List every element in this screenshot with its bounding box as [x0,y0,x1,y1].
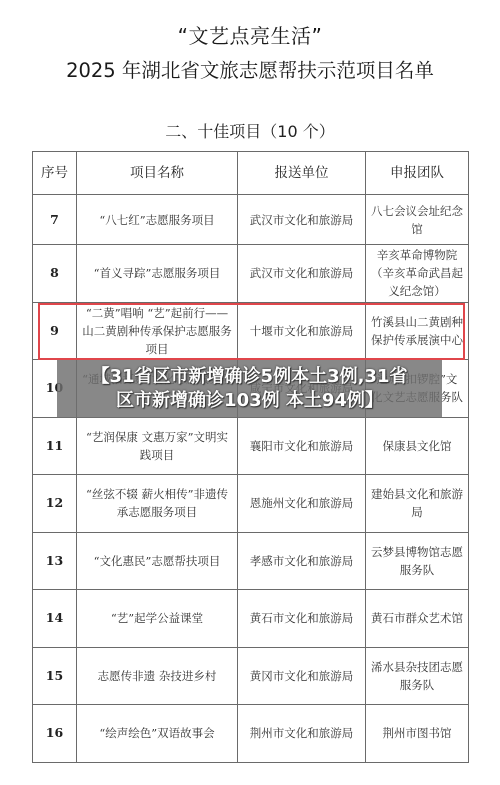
row-unit: 黄冈市文化和旅游局 [238,647,366,705]
row-project: 志愿传非遗 杂技进乡村 [77,647,238,705]
row-number: 16 [33,705,77,763]
banner-line-1: 【31省区市新增确诊5例本土3例,31省 [92,365,408,389]
header-number: 序号 [33,152,77,195]
row-number: 12 [33,475,77,533]
row-number: 7 [33,195,77,245]
table-row: 7 “八七红”志愿服务项目 武汉市文化和旅游局 八七会议会址纪念馆 [33,195,469,245]
document-subtitle: 2025 年湖北省文旅志愿帮扶示范项目名单 [0,55,500,83]
row-unit: 武汉市文化和旅游局 [238,245,366,303]
table-row: 12 “丝弦不辍 薪火相传”非遗传承志愿服务项目 恩施州文化和旅游局 建始县文化… [33,475,469,533]
banner-line-2: 区市新增确诊103例 本土94例】 [116,389,383,413]
row-team: 浠水县杂技团志愿服务队 [366,647,469,705]
table-row: 15 志愿传非遗 杂技进乡村 黄冈市文化和旅游局 浠水县杂技团志愿服务队 [33,647,469,705]
row-team: 竹溪县山二黄剧种保护传承展演中心 [366,302,469,360]
table-row: 16 “绘声绘色”双语故事会 荆州市文化和旅游局 荆州市图书馆 [33,705,469,763]
header-project-name: 项目名称 [77,152,238,195]
section-heading: 二、十佳项目（10 个） [0,119,500,142]
row-number: 14 [33,590,77,648]
row-team: 保康县文化馆 [366,417,469,475]
table-row: 14 “艺”起学公益课堂 黄石市文化和旅游局 黄石市群众艺术馆 [33,590,469,648]
row-team: 八七会议会址纪念馆 [366,195,469,245]
row-unit: 恩施州文化和旅游局 [238,475,366,533]
row-unit: 黄石市文化和旅游局 [238,590,366,648]
row-project: “艺”起学公益课堂 [77,590,238,648]
table-row: 13 “文化惠民”志愿帮扶项目 孝感市文化和旅游局 云梦县博物馆志愿服务队 [33,532,469,590]
header-applicant-team: 申报团队 [366,152,469,195]
row-team: 建始县文化和旅游局 [366,475,469,533]
row-project: “文化惠民”志愿帮扶项目 [77,532,238,590]
row-unit: 襄阳市文化和旅游局 [238,417,366,475]
row-number: 9 [33,302,77,360]
row-project: “艺润保康 文惠万家”文明实践项目 [77,417,238,475]
table-row: 11 “艺润保康 文惠万家”文明实践项目 襄阳市文化和旅游局 保康县文化馆 [33,417,469,475]
table-row: 8 “首义寻踪”志愿服务项目 武汉市文化和旅游局 辛亥革命博物院（辛亥革命武昌起… [33,245,469,303]
row-project: “二黄”唱响 “艺”起前行——山二黄剧种传承保护志愿服务项目 [77,302,238,360]
table-header-row: 序号 项目名称 报送单位 申报团队 [33,152,469,195]
row-number: 13 [33,532,77,590]
row-project: “绘声绘色”双语故事会 [77,705,238,763]
row-unit: 武汉市文化和旅游局 [238,195,366,245]
row-team: 云梦县博物馆志愿服务队 [366,532,469,590]
row-number: 15 [33,647,77,705]
row-project: “八七红”志愿服务项目 [77,195,238,245]
header-reporting-unit: 报送单位 [238,152,366,195]
table-row-highlighted: 9 “二黄”唱响 “艺”起前行——山二黄剧种传承保护志愿服务项目 十堰市文化和旅… [33,302,469,360]
document-title: “文艺点亮生活” [0,20,500,49]
projects-table: 序号 项目名称 报送单位 申报团队 7 “八七红”志愿服务项目 武汉市文化和旅游… [32,151,469,763]
row-unit: 十堰市文化和旅游局 [238,302,366,360]
row-team: 荆州市图书馆 [366,705,469,763]
row-project: “丝弦不辍 薪火相传”非遗传承志愿服务项目 [77,475,238,533]
row-team: 黄石市群众艺术馆 [366,590,469,648]
row-number: 8 [33,245,77,303]
news-headline-banner: 【31省区市新增确诊5例本土3例,31省 区市新增确诊103例 本土94例】 [57,360,442,418]
row-unit: 荆州市文化和旅游局 [238,705,366,763]
row-project: “首义寻踪”志愿服务项目 [77,245,238,303]
row-team: 辛亥革命博物院（辛亥革命武昌起义纪念馆） [366,245,469,303]
row-unit: 孝感市文化和旅游局 [238,532,366,590]
row-number: 11 [33,417,77,475]
